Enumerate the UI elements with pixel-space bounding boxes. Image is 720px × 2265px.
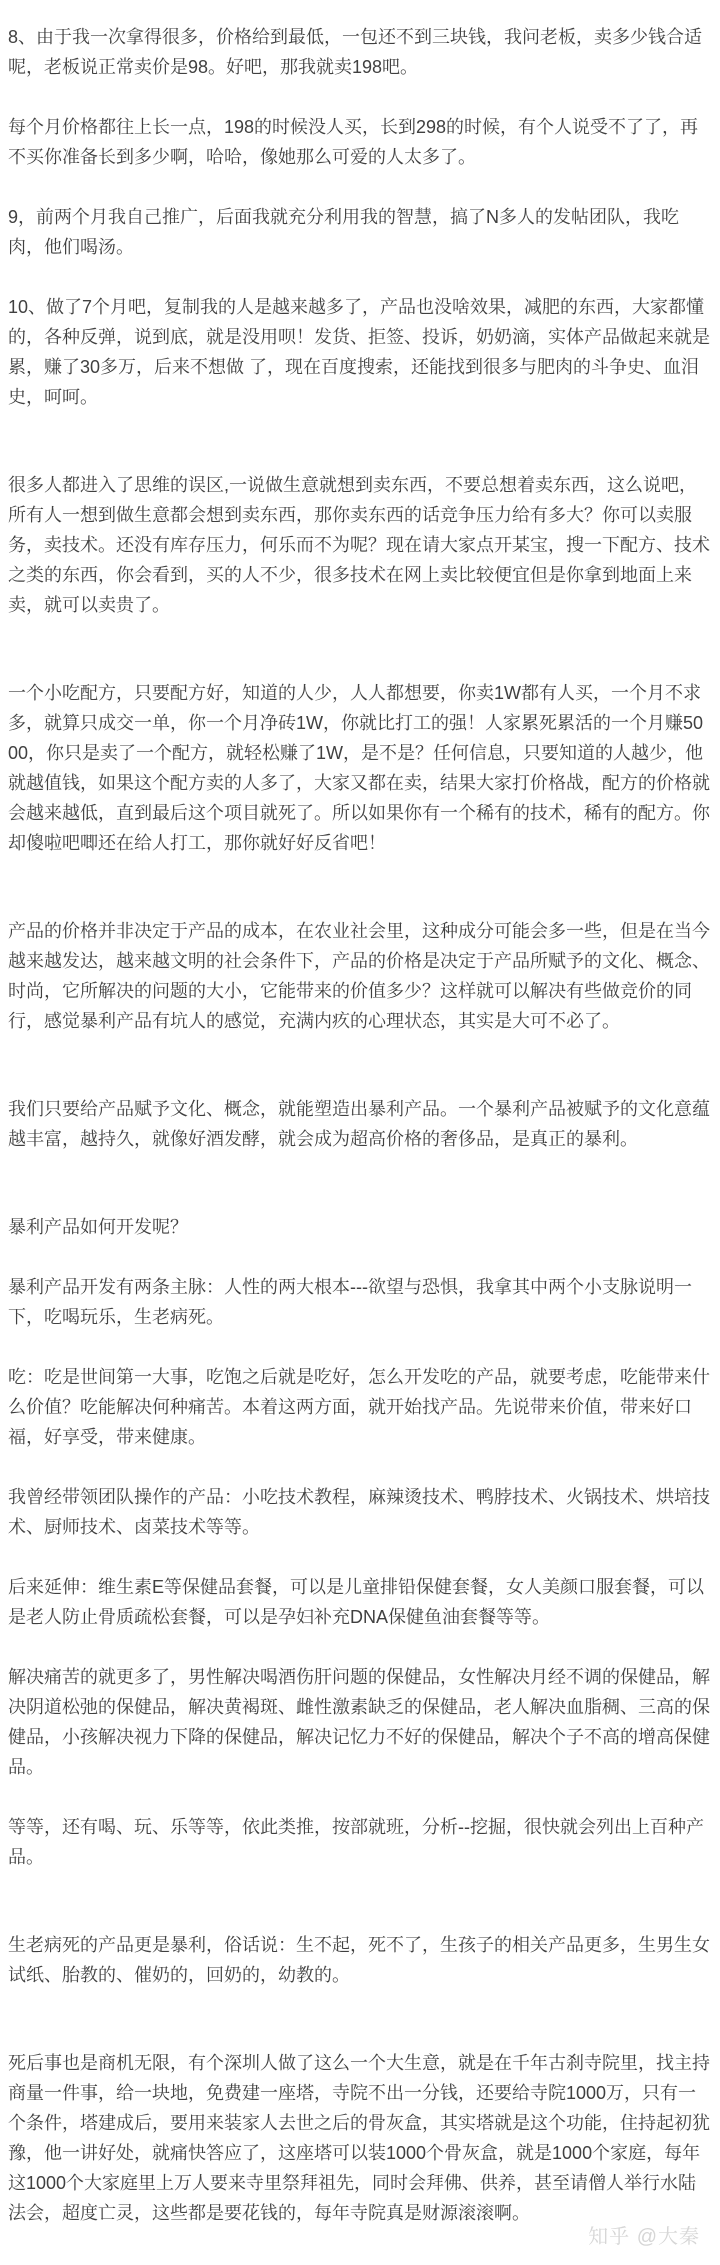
paragraph-birth-death-products: 生老病死的产品更是暴利，俗话说：生不起，死不了，生孩子的相关产品更多，生男生女试… [8, 1930, 711, 1990]
paragraph-price-not-cost: 产品的价格并非决定于产品的成本，在农业社会里，这种成分可能会多一些，但是在当今越… [8, 916, 711, 1036]
paragraph-eating-value: 吃：吃是世间第一大事，吃饱之后就是吃好，怎么开发吃的产品，就要考虑，吃能带来什么… [8, 1362, 711, 1452]
zhihu-watermark: 知乎 @大秦 [588, 2222, 700, 2252]
paragraph-etc-analysis: 等等，还有喝、玩、乐等等，依此类推，按部就班，分析--挖掘，很快就会列出上百种产… [8, 1812, 711, 1872]
article-page: { "page": { "background_color": "#ffffff… [0, 0, 720, 2265]
paragraph-mindset-misconception: 很多人都进入了思维的误区,一说做生意就想到卖东西，不要总想着卖东西，这么说吧，所… [8, 470, 711, 620]
paragraph-health-extensions: 后来延伸：维生素E等保健品套餐，可以是儿童排铅保健套餐，女人美颜口服套餐，可以是… [8, 1572, 711, 1632]
paragraph-9-promotion-team: 9，前两个月我自己推广，后面我就充分利用我的智慧，搞了N多人的发帖团队，我吃肉，… [8, 202, 711, 262]
paragraph-10-seven-months: 10、做了7个月吧，复制我的人是越来越多了，产品也没啥效果，减肥的东西，大家都懂… [8, 292, 711, 412]
paragraph-two-main-veins: 暴利产品开发有两条主脉：人性的两大根本---欲望与恐惧，我拿其中两个小支脉说明一… [8, 1272, 711, 1332]
paragraph-monthly-price-raise: 每个月价格都往上长一点，198的时候没人买，长到298的时候，有个人说受不了了，… [8, 112, 711, 172]
paragraph-team-products: 我曾经带领团队操作的产品：小吃技术教程，麻辣烫技术、鸭脖技术、火锅技术、烘培技术… [8, 1482, 711, 1542]
paragraph-how-to-develop-question: 暴利产品如何开发呢？ [8, 1212, 711, 1242]
paragraph-pain-solving-products: 解决痛苦的就更多了，男性解决喝酒伤肝问题的保健品，女性解决月经不调的保健品，解决… [8, 1662, 711, 1782]
paragraph-8-pricing: 8、由于我一次拿得很多，价格给到最低，一包还不到三块钱，我问老板，卖多少钱合适呢… [8, 22, 711, 82]
paragraph-culture-concept: 我们只要给产品赋予文化、概念，就能塑造出暴利产品。一个暴利产品被赋予的文化意蕴越… [8, 1094, 711, 1154]
paragraph-snack-recipe-value: 一个小吃配方，只要配方好，知道的人少，人人都想要，你卖1W都有人买，一个月不求多… [8, 678, 711, 858]
paragraph-afterlife-business: 死后事也是商机无限，有个深圳人做了这么一个大生意，就是在千年古刹寺院里，找主持商… [8, 2048, 711, 2228]
article-body: 8、由于我一次拿得很多，价格给到最低，一包还不到三块钱，我问老板，卖多少钱合适呢… [0, 0, 720, 2228]
